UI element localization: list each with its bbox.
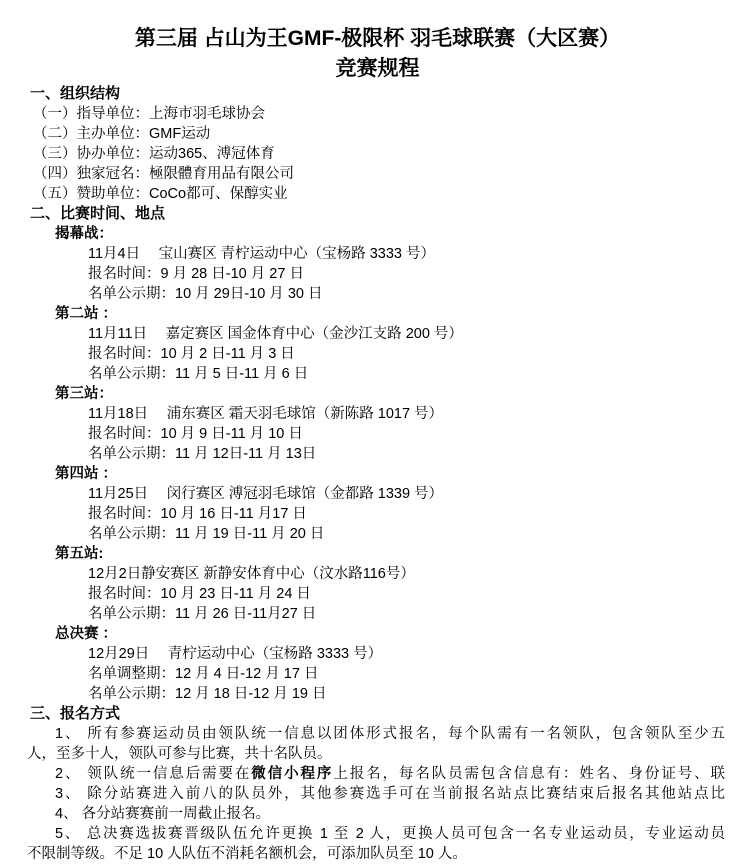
org-item-host-unit: （二）主办单位：GMF运动	[33, 124, 755, 144]
station-5-publicity-period: 名单公示期：11 月 26 日-11月27 日	[88, 604, 755, 624]
org-item-title-sponsor: （四）独家冠名：極限體育用品有限公司	[33, 164, 755, 184]
station-final-name: 总决赛 ：	[55, 624, 755, 644]
station-2-venue: 11月11日 嘉定赛区 国金体育中心（金沙江支路 200 号）	[88, 324, 755, 344]
station-opener-publicity-period: 名单公示期：10 月 29日-10 月 30 日	[88, 284, 755, 304]
document-subtitle: 竞赛规程	[0, 54, 755, 84]
station-2-publicity-period: 名单公示期：11 月 5 日-11 月 6 日	[88, 364, 755, 384]
heading-schedule: 二、比赛时间、地点	[30, 204, 755, 224]
station-3-publicity-period: 名单公示期：11 月 12日-11 月 13日	[88, 444, 755, 464]
org-item-co-organizer: （三）协办单位：运动365、溥冠体育	[33, 144, 755, 164]
document-page: 第三届 占山为王GMF-极限杯 羽毛球联赛（大区赛） 竞赛规程 一、组织结构 （…	[0, 0, 755, 866]
station-5-signup-period: 报名时间：10 月 23 日-11 月 24 日	[88, 584, 755, 604]
rule-2: 2、 领队统一信息后需要在微信小程序上报名，每名队员需包含信息有：姓名、身份证号…	[27, 764, 725, 784]
station-opener-signup-period: 报名时间：9 月 28 日-10 月 27 日	[88, 264, 755, 284]
station-2-name: 第二站 ：	[55, 304, 755, 324]
rule-2-text-pre: 2、 领队统一信息后需要在	[55, 766, 251, 782]
station-4-venue: 11月25日 闵行赛区 溥冠羽毛球馆（金都路 1339 号）	[88, 484, 755, 504]
heading-organization: 一、组织结构	[30, 84, 755, 104]
rule-4: 4、 各分站赛赛前一周截止报名。	[27, 804, 725, 824]
rule-1-line-1: 1、 所有参赛运动员由领队统一信息以团体形式报名，每个队需有一名领队，包含领队至…	[27, 724, 725, 744]
station-4-name: 第四站 ：	[55, 464, 755, 484]
heading-registration: 三、报名方式	[30, 704, 755, 724]
rule-5-line-2: 不限制等级。不足 10 人队伍不消耗名额机会，可添加队员至 10 人。	[27, 844, 725, 864]
station-opener-venue: 11月4日 宝山赛区 青柠运动中心（宝杨路 3333 号）	[88, 244, 755, 264]
rule-1-line-2: 人，至多十人，领队可参与比赛，共十名队员。	[27, 744, 725, 764]
rule-5-line-1: 5、 总决赛选拔赛晋级队伍允许更换 1 至 2 人，更换人员可包含一名专业运动员…	[27, 824, 725, 844]
station-5-venue: 12月2日静安赛区 新静安体育中心（汶水路116号）	[88, 564, 755, 584]
document-title: 第三届 占山为王GMF-极限杯 羽毛球联赛（大区赛）	[0, 23, 755, 54]
rule-2-wechat-miniprogram-bold: 微信小程序	[251, 766, 333, 782]
org-item-guidance-unit: （一）指导单位：上海市羽毛球协会	[33, 104, 755, 124]
rule-3: 3、 除分站赛进入前八的队员外，其他参赛选手可在当前报名站点比赛结束后报名其他站…	[27, 784, 725, 804]
station-final-venue: 12月29日 青柠运动中心（宝杨路 3333 号）	[88, 644, 755, 664]
station-4-signup-period: 报名时间：10 月 16 日-11 月17 日	[88, 504, 755, 524]
station-3-venue: 11月18日 浦东赛区 霜天羽毛球馆（新陈路 1017 号）	[88, 404, 755, 424]
station-opener-name: 揭幕战：	[55, 224, 755, 244]
station-2-signup-period: 报名时间：10 月 2 日-11 月 3 日	[88, 344, 755, 364]
station-3-signup-period: 报名时间：10 月 9 日-11 月 10 日	[88, 424, 755, 444]
station-5-name: 第五站:	[55, 544, 755, 564]
station-4-publicity-period: 名单公示期：11 月 19 日-11 月 20 日	[88, 524, 755, 544]
rule-2-text-post: 上报名，每名队员需包含信息有：姓名、身份证号、联	[333, 766, 725, 782]
station-final-publicity-period: 名单公示期：12 月 18 日-12 月 19 日	[88, 684, 755, 704]
org-item-sponsor: （五）赞助单位：CoCo都可、保醇实业	[33, 184, 755, 204]
station-3-name: 第三站：	[55, 384, 755, 404]
station-final-adjust-period: 名单调整期：12 月 4 日-12 月 17 日	[88, 664, 755, 684]
